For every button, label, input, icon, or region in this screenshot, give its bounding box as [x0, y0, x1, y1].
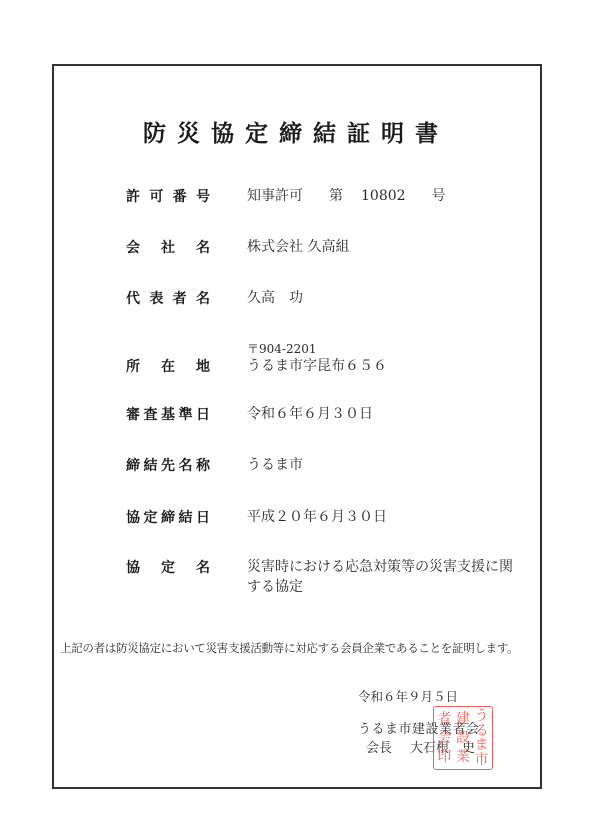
field-value: 知事許可第10802号 [247, 186, 446, 206]
license-go: 号 [432, 188, 446, 204]
license-dai: 第 [329, 188, 343, 204]
field-value: 令和６年６月３０日 [247, 404, 373, 424]
field-counterparty: 締 結 先 名 称 うるま市 [126, 455, 526, 475]
field-agreement-name: 協 定 名 災害時における応急対策等の災害支援に関する協定 [126, 557, 526, 577]
field-value: 久高 功 [247, 288, 303, 308]
document-title: 防災協定締結証明書 [0, 115, 592, 148]
official-seal-stamp: う る ま 市 建 設 業 者 会 印 [433, 706, 493, 770]
seal-column: う る ま 市 [475, 709, 489, 767]
field-value: うるま市字昆布６５６ [247, 356, 387, 376]
issuer-title: 会長 [366, 741, 392, 756]
field-label: 会 社 名 [126, 237, 210, 257]
license-type: 知事許可 [247, 188, 303, 204]
field-label: 許 可 番 号 [126, 186, 210, 206]
field-label: 協 定 名 [126, 557, 210, 577]
field-label: 締 結 先 名 称 [126, 455, 210, 475]
field-agreement-date: 協 定 締 結 日 平成２０年６月３０日 [126, 507, 526, 527]
issue-date: 令和６年９月５日 [358, 687, 458, 705]
field-label: 代 表 者 名 [126, 288, 210, 308]
field-value: うるま市 [247, 455, 303, 475]
field-value: 平成２０年６月３０日 [247, 507, 387, 527]
field-label: 所 在 地 [126, 356, 210, 376]
field-license-number: 許 可 番 号 知事許可第10802号 [126, 186, 526, 206]
certificate-border [52, 64, 542, 789]
certification-statement: 上記の者は防災協定において災害支援活動等に対応する会員企業であることを証明します… [60, 640, 536, 656]
postal-code: 〒904-2201 [247, 340, 317, 357]
field-value: 災害時における応急対策等の災害支援に関する協定 [247, 557, 517, 597]
field-label: 審 査 基 準 日 [126, 404, 210, 424]
seal-column: 者 会 印 [437, 709, 451, 767]
field-address: 所 在 地 うるま市字昆布６５６ [126, 356, 526, 376]
field-review-date: 審 査 基 準 日 令和６年６月３０日 [126, 404, 526, 424]
field-representative: 代 表 者 名 久高 功 [126, 288, 526, 308]
field-company-name: 会 社 名 株式会社 久高組 [126, 237, 526, 257]
field-label: 協 定 締 結 日 [126, 507, 210, 527]
license-number: 10802 [361, 188, 406, 204]
seal-column: 建 設 業 [456, 709, 470, 767]
field-value: 株式会社 久高組 [247, 237, 349, 257]
